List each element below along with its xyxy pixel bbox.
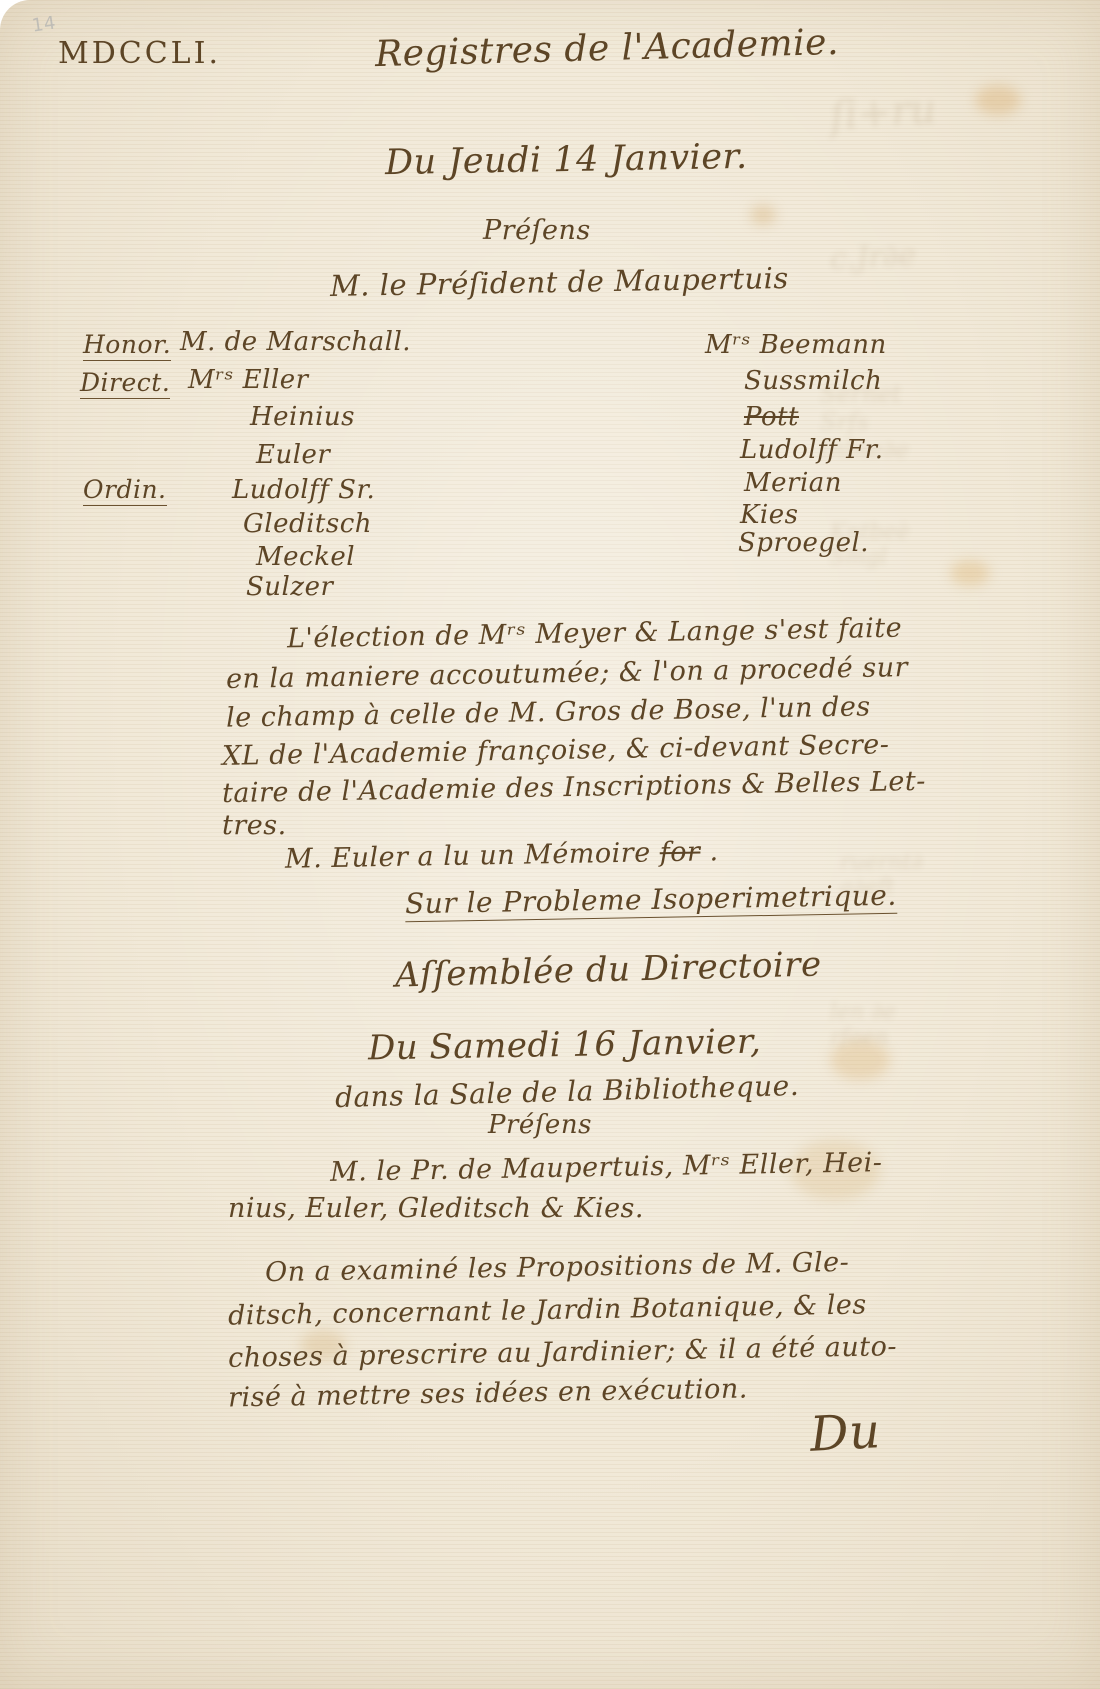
attendee-name: Meckel — [256, 542, 355, 572]
paper-page: ſi+ru c.Jr∂e SernetSrfstnlne∂e KntbeèSmg… — [0, 0, 1100, 1689]
paragraph-line: choses à prescrire au Jardinier; & il a … — [228, 1331, 897, 1374]
session1-president-line: M. le Préſident de Maupertuis — [330, 261, 789, 303]
attendee-name: Euler — [256, 440, 330, 470]
memoire-line: M. Euler a lu un Mémoire for . — [285, 836, 719, 875]
attendee-name: Ludolff Sr. — [232, 475, 375, 505]
label-directeurs: Direct. — [80, 368, 170, 397]
attendee-name: Kies — [740, 500, 798, 530]
session2-presens-label: Préſens — [488, 1110, 592, 1140]
label-ordinaires: Ordin. — [83, 475, 167, 504]
paragraph-line: le champ à celle de M. Gros de Bose, l'u… — [226, 691, 871, 733]
attendee-name-struck: Pott — [744, 402, 799, 432]
paragraph-line: On a examiné les Propositions de M. Gle- — [265, 1247, 850, 1288]
session1-presens-label: Préſens — [483, 215, 591, 246]
attendee-name: Merian — [744, 468, 842, 498]
memoire-line-text: M. Euler a lu un Mémoire — [285, 837, 660, 875]
attendee-name: M. de Marschall. — [180, 327, 411, 357]
session2-place-line: dans la Sale de la Bibliotheque. — [335, 1069, 800, 1114]
bleed-through-text: c.Jr∂e — [829, 238, 917, 277]
session2-heading: Aſſemblée du Directoire — [395, 944, 823, 995]
attendee-name: Mʳˢ Beemann — [705, 330, 887, 360]
paragraph-line: risé à mettre ses idées en exécution. — [228, 1373, 748, 1413]
attendee-name: Sussmilch — [744, 366, 882, 396]
session2-attendees-line: nius, Euler, Gleditsch & Kies. — [228, 1193, 644, 1224]
attendee-name: Gleditsch — [243, 509, 372, 539]
year-roman-numeral: MDCCLI. — [58, 36, 221, 71]
attendee-name: Sulzer — [246, 572, 333, 602]
attendee-name: Sproegel. — [738, 528, 869, 558]
paragraph-line: tres. — [222, 810, 287, 841]
memoire-title: Sur le Probleme Isoperimetrique. — [405, 879, 897, 921]
stain — [950, 560, 990, 586]
struck-word: for — [659, 837, 700, 869]
attendee-name: Mʳˢ Eller — [188, 365, 309, 395]
session2-attendees-line: M. le Pr. de Maupertuis, Mʳˢ Eller, Hei- — [330, 1147, 883, 1188]
bleed-through-text: ſi+ru — [829, 86, 938, 139]
paragraph-line: ditsch, concernant le Jardin Botanique, … — [228, 1289, 867, 1331]
pencil-folio-mark: 14 — [31, 12, 58, 36]
stain — [830, 1040, 890, 1080]
memoire-line-period: . — [700, 836, 719, 867]
page-title: Registres de l'Academie. — [375, 22, 840, 75]
catchword: Du — [809, 1403, 882, 1463]
attendee-name: Ludolff Fr. — [740, 435, 884, 465]
paragraph-line: L'élection de Mʳˢ Meyer & Lange s'est fa… — [287, 613, 903, 655]
paragraph-line: XL de l'Academie françoise, & ci-devant … — [222, 729, 890, 772]
session2-date-heading: Du Samedi 16 Janvier, — [368, 1022, 762, 1069]
bleed-through-text: len ∂erfaen — [830, 1000, 896, 1050]
attendee-name: Heinius — [250, 402, 355, 432]
label-honoraires: Honor. — [83, 330, 171, 359]
paragraph-line: taire de l'Academie des Inscriptions & B… — [222, 766, 926, 809]
session1-date-heading: Du Jeudi 14 Janvier. — [385, 137, 748, 183]
stain — [975, 85, 1021, 115]
stain — [750, 205, 776, 225]
paragraph-line: en la maniere accoutumée; & l'on a proce… — [226, 652, 908, 695]
manuscript-scan: ſi+ru c.Jr∂e SernetSrfstnlne∂e KntbeèSmg… — [0, 0, 1100, 1689]
